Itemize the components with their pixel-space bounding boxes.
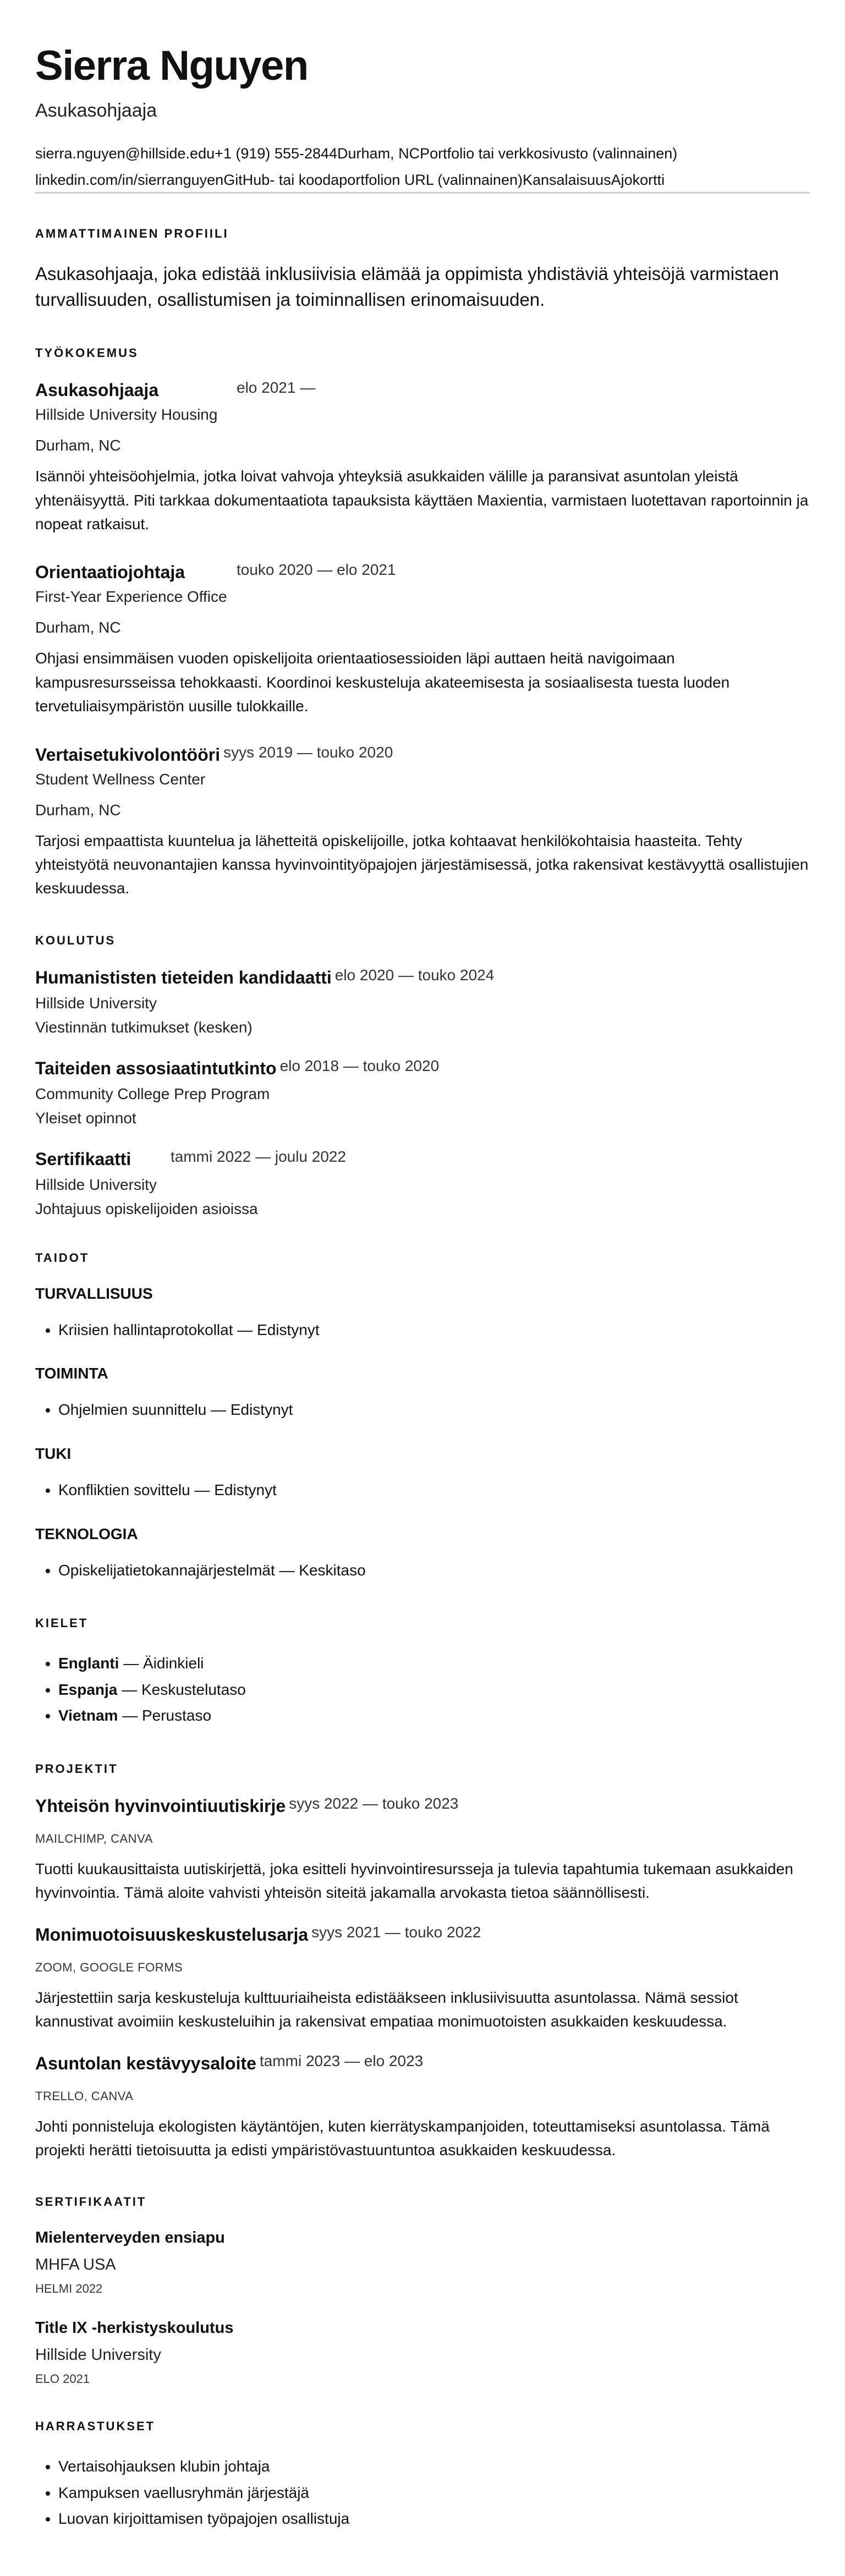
contact-row-1: sierra.nguyen@hillside.edu+1 (919) 555-2…: [35, 144, 810, 164]
job-title: Orientaatiojohtaja: [35, 562, 233, 583]
experience-item: Vertaisetukivolontööri syys 2019 — touko…: [35, 745, 810, 900]
profile-section: AMMATTIMAINEN PROFIILI Asukasohjaaja, jo…: [35, 227, 810, 314]
project-name: Yhteisön hyvinvointiuutiskirje: [35, 1796, 286, 1816]
section-title-projects: PROJEKTIT: [35, 1762, 810, 1776]
language-item: Vietnam — Perustaso: [58, 1702, 810, 1729]
skill-category-title: TUKI: [35, 1445, 810, 1463]
education-section: KOULUTUS Humanististen tieteiden kandida…: [35, 933, 810, 1218]
language-list: Englanti — Äidinkieli Espanja — Keskuste…: [35, 1650, 810, 1729]
section-title-certifications: SERTIFIKAATIT: [35, 2195, 810, 2209]
job-title: Vertaisetukivolontööri: [35, 745, 220, 765]
certification-date: ELO 2021: [35, 2372, 810, 2386]
projects-section: PROJEKTIT Yhteisön hyvinvointiuutiskirje…: [35, 1762, 810, 2162]
education-item: Sertifikaatti tammi 2022 — joulu 2022 Hi…: [35, 1149, 810, 1218]
resume-header: Sierra Nguyen Asukasohjaaja sierra.nguye…: [35, 45, 810, 194]
job-organization: Hillside University Housing: [35, 406, 810, 424]
skill-list: Konfliktien sovittelu — Edistynyt: [35, 1477, 810, 1503]
job-dates: touko 2020 — elo 2021: [237, 561, 396, 579]
skills-section: TAIDOT TURVALLISUUS Kriisien hallintapro…: [35, 1251, 810, 1583]
profile-summary: Asukasohjaaja, joka edistää inklusiivisi…: [35, 261, 810, 314]
education-school: Hillside University: [35, 1176, 810, 1194]
project-tech: ZOOM, GOOGLE FORMS: [35, 1960, 810, 1975]
language-level: — Keskustelutaso: [117, 1681, 245, 1698]
skill-list: Ohjelmien suunnittelu — Edistynyt: [35, 1397, 810, 1423]
certification-date: HELMI 2022: [35, 2282, 810, 2296]
language-level: — Äidinkieli: [119, 1655, 204, 1672]
education-dates: elo 2018 — touko 2020: [280, 1057, 440, 1075]
education-item: Humanististen tieteiden kandidaatti elo …: [35, 968, 810, 1036]
skill-item: Konfliktien sovittelu — Edistynyt: [58, 1477, 810, 1503]
education-school: Community College Prep Program: [35, 1085, 810, 1103]
education-field: Johtajuus opiskelijoiden asioissa: [35, 1200, 810, 1218]
education-item: Taiteiden assosiaatintutkinto elo 2018 —…: [35, 1058, 810, 1127]
contact-location: Durham, NC: [337, 145, 420, 162]
project-description: Johti ponnisteluja ekologisten käytäntöj…: [35, 2114, 810, 2162]
section-title-skills: TAIDOT: [35, 1251, 810, 1265]
job-description: Ohjasi ensimmäisen vuoden opiskelijoita …: [35, 646, 810, 718]
hobby-item: Kampuksen vaellusryhmän järjestäjä: [58, 2480, 810, 2506]
resume-page: Sierra Nguyen Asukasohjaaja sierra.nguye…: [0, 0, 845, 2576]
job-location: Durham, NC: [35, 801, 810, 819]
education-field: Viestinnän tutkimukset (kesken): [35, 1019, 810, 1036]
language-item: Espanja — Keskustelutaso: [58, 1677, 810, 1703]
job-location: Durham, NC: [35, 619, 810, 636]
project-item: Asuntolan kestävyysaloite tammi 2023 — e…: [35, 2053, 810, 2162]
degree-title: Humanististen tieteiden kandidaatti: [35, 968, 332, 988]
experience-section: TYÖKOKEMUS Asukasohjaaja elo 2021 — Hill…: [35, 346, 810, 900]
project-dates: syys 2022 — touko 2023: [289, 1795, 458, 1812]
education-dates: tammi 2022 — joulu 2022: [171, 1148, 346, 1166]
job-organization: Student Wellness Center: [35, 771, 810, 788]
job-organization: First-Year Experience Office: [35, 588, 810, 606]
certification-item: Mielenterveyden ensiapu MHFA USA HELMI 2…: [35, 2229, 810, 2296]
candidate-name: Sierra Nguyen: [35, 45, 810, 87]
hobbies-section: HARRASTUKSET Vertaisohjauksen klubin joh…: [35, 2419, 810, 2532]
project-description: Tuotti kuukausittaista uutiskirjettä, jo…: [35, 1857, 810, 1905]
contact-drivers-license: Ajokortti: [611, 172, 665, 188]
certification-name: Title IX -herkistyskoulutus: [35, 2319, 810, 2337]
header-divider: [35, 192, 810, 194]
candidate-headline: Asukasohjaaja: [35, 100, 810, 122]
skill-category-title: TOIMINTA: [35, 1365, 810, 1382]
language-name: Vietnam: [58, 1707, 118, 1724]
section-title-languages: KIELET: [35, 1616, 810, 1630]
certification-name: Mielenterveyden ensiapu: [35, 2229, 810, 2247]
job-dates: elo 2021 —: [237, 379, 315, 397]
education-school: Hillside University: [35, 995, 810, 1012]
certification-issuer: Hillside University: [35, 2346, 810, 2364]
contact-email[interactable]: sierra.nguyen@hillside.edu: [35, 145, 215, 162]
project-description: Järjestettiin sarja keskusteluja kulttuu…: [35, 1986, 810, 2034]
hobby-item: Vertaisohjauksen klubin johtaja: [58, 2453, 810, 2480]
section-title-profile: AMMATTIMAINEN PROFIILI: [35, 227, 810, 241]
job-location: Durham, NC: [35, 437, 810, 454]
language-item: Englanti — Äidinkieli: [58, 1650, 810, 1677]
contact-phone[interactable]: +1 (919) 555-2844: [215, 145, 337, 162]
skill-category-title: TURVALLISUUS: [35, 1285, 810, 1303]
contact-github[interactable]: GitHub- tai koodaportfolion URL (valinna…: [223, 172, 523, 188]
project-name: Monimuotoisuuskeskustelusarja: [35, 1925, 308, 1945]
skill-item: Kriisien hallintaprotokollat — Edistynyt: [58, 1317, 810, 1343]
experience-item: Orientaatiojohtaja touko 2020 — elo 2021…: [35, 562, 810, 718]
section-title-education: KOULUTUS: [35, 933, 810, 948]
project-item: Yhteisön hyvinvointiuutiskirje syys 2022…: [35, 1796, 810, 1905]
hobby-list: Vertaisohjauksen klubin johtaja Kampukse…: [35, 2453, 810, 2532]
education-field: Yleiset opinnot: [35, 1110, 810, 1127]
degree-title: Taiteiden assosiaatintutkinto: [35, 1058, 277, 1079]
contact-row-2: linkedin.com/in/sierranguyenGitHub- tai …: [35, 170, 810, 191]
project-item: Monimuotoisuuskeskustelusarja syys 2021 …: [35, 1925, 810, 2034]
contact-portfolio[interactable]: Portfolio tai verkkosivusto (valinnainen…: [420, 145, 677, 162]
language-name: Englanti: [58, 1655, 119, 1672]
hobby-item: Luovan kirjoittamisen työpajojen osallis…: [58, 2506, 810, 2532]
education-dates: elo 2020 — touko 2024: [335, 966, 495, 984]
certification-item: Title IX -herkistyskoulutus Hillside Uni…: [35, 2319, 810, 2386]
section-title-hobbies: HARRASTUKSET: [35, 2419, 810, 2434]
job-description: Tarjosi empaattista kuuntelua ja lähette…: [35, 829, 810, 900]
project-tech: TRELLO, CANVA: [35, 2089, 810, 2103]
job-description: Isännöi yhteisöohjelmia, jotka loivat va…: [35, 464, 810, 536]
languages-section: KIELET Englanti — Äidinkieli Espanja — K…: [35, 1616, 810, 1729]
project-tech: MAILCHIMP, CANVA: [35, 1832, 810, 1846]
skill-item: Opiskelijatietokannajärjestelmät — Keski…: [58, 1557, 810, 1584]
degree-title: Sertifikaatti: [35, 1149, 167, 1169]
skill-category-title: TEKNOLOGIA: [35, 1525, 810, 1543]
contact-linkedin[interactable]: linkedin.com/in/sierranguyen: [35, 172, 223, 188]
project-dates: syys 2021 — touko 2022: [311, 1924, 481, 1941]
skill-list: Opiskelijatietokannajärjestelmät — Keski…: [35, 1557, 810, 1584]
contact-citizenship: Kansalaisuus: [523, 172, 611, 188]
skill-item: Ohjelmien suunnittelu — Edistynyt: [58, 1397, 810, 1423]
language-level: — Perustaso: [118, 1707, 211, 1724]
job-title: Asukasohjaaja: [35, 380, 233, 400]
section-title-experience: TYÖKOKEMUS: [35, 346, 810, 360]
job-dates: syys 2019 — touko 2020: [223, 744, 393, 761]
experience-item: Asukasohjaaja elo 2021 — Hillside Univer…: [35, 380, 810, 536]
certification-issuer: MHFA USA: [35, 2256, 810, 2274]
project-name: Asuntolan kestävyysaloite: [35, 2053, 256, 2074]
certifications-section: SERTIFIKAATIT Mielenterveyden ensiapu MH…: [35, 2195, 810, 2386]
language-name: Espanja: [58, 1681, 117, 1698]
skill-list: Kriisien hallintaprotokollat — Edistynyt: [35, 1317, 810, 1343]
project-dates: tammi 2023 — elo 2023: [260, 2052, 423, 2070]
